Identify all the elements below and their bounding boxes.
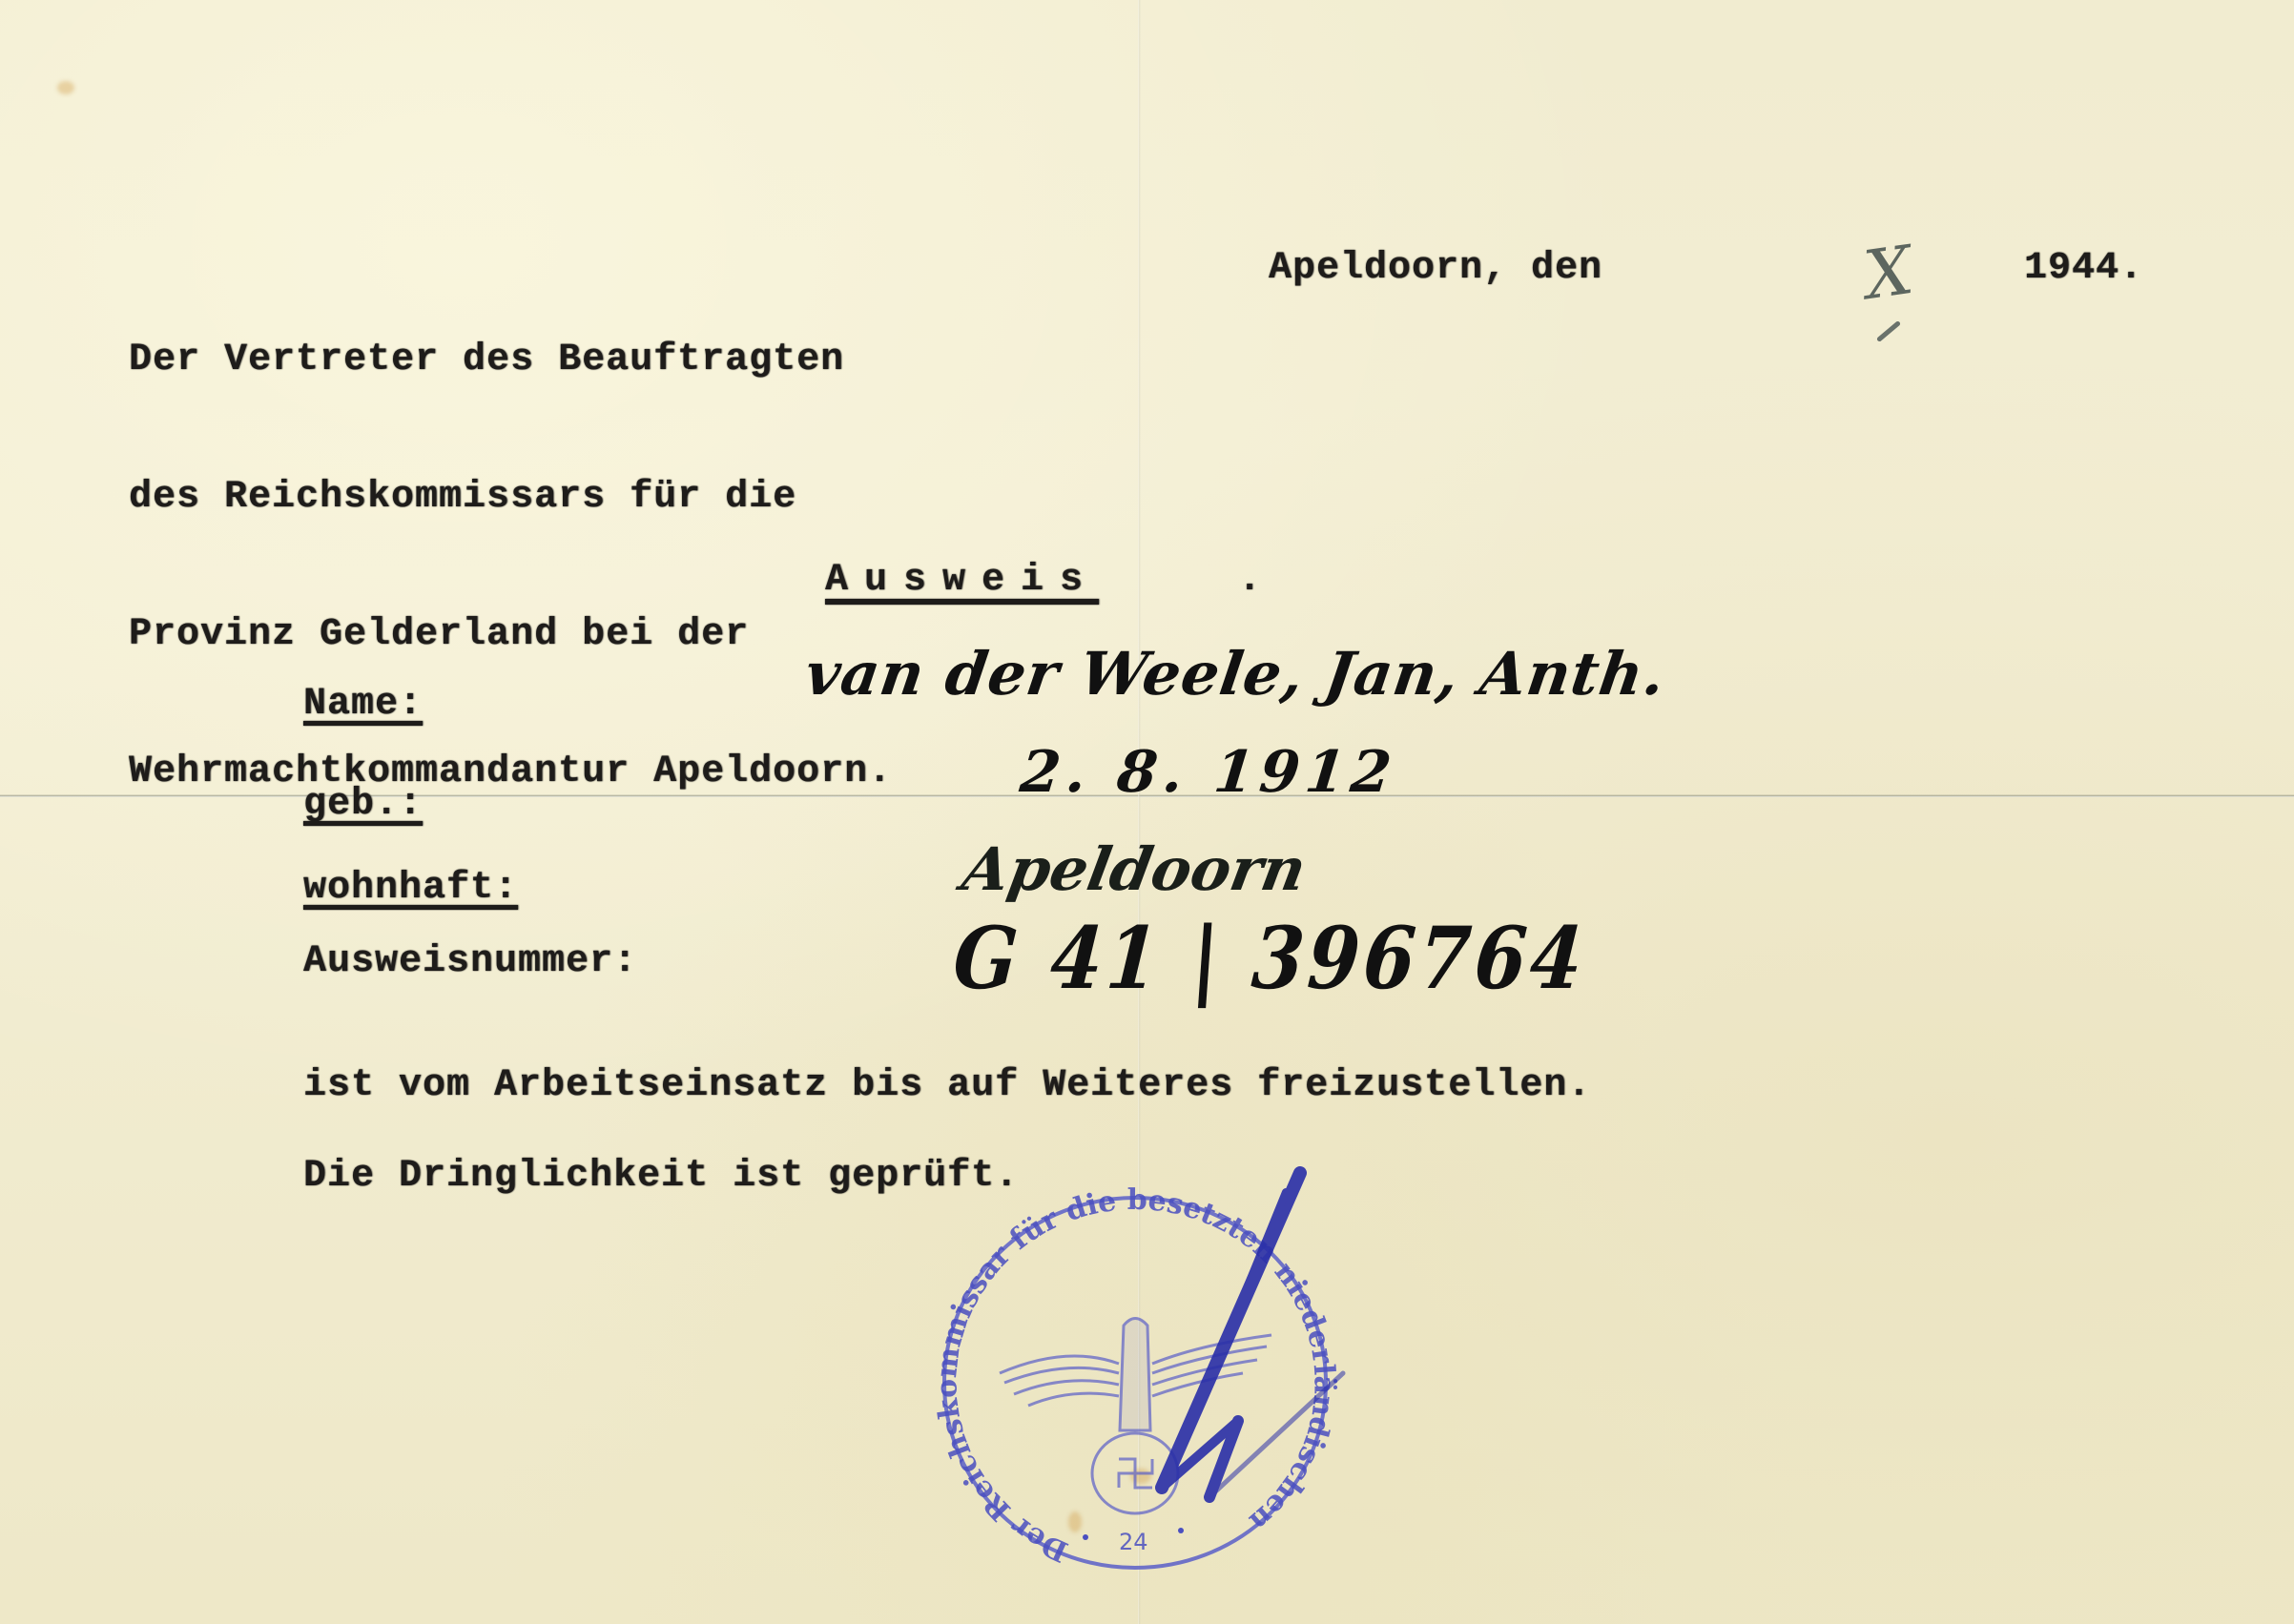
handwritten-month: X <box>1860 231 1918 315</box>
foxing-stain <box>57 81 74 94</box>
birthdate-label: geb.: <box>303 782 423 828</box>
dateline-place: Apeldoorn, den <box>1269 246 1602 292</box>
residence-label: wohnhaft: <box>303 866 518 912</box>
official-stamp: Der Reichskommissar für die besetzten ni… <box>923 1182 1348 1575</box>
residence-value: Apeldoorn <box>958 834 1312 904</box>
exemption-statement: ist vom Arbeitseinsatz bis auf Weiteres … <box>303 1063 1591 1109</box>
name-label: Name: <box>303 682 423 728</box>
sender-line: Der Vertreter des Beauftragten <box>129 338 892 383</box>
name-value: van der Weele, Jan, Anth. <box>801 639 1670 709</box>
title-period: . <box>1238 558 1262 604</box>
dateline-year: 1944. <box>2024 246 2143 292</box>
urgency-verified-statement: Die Dringlichkeit ist geprüft. <box>303 1154 1019 1200</box>
sender-line: Wehrmachtkommandantur Apeldoorn. <box>129 750 892 795</box>
sender-line: Provinz Gelderland bei der <box>129 612 892 658</box>
document-paper: Der Vertreter des Beauftragten des Reich… <box>0 0 2294 1624</box>
id-number-label: Ausweisnummer: <box>303 939 637 985</box>
birthdate-value: 2. 8. 1912 <box>1017 739 1399 806</box>
eagle-emblem-icon <box>1000 1319 1271 1514</box>
sender-line: des Reichskommissars für die <box>129 475 892 521</box>
document-title: Ausweis <box>825 558 1099 604</box>
sender-block: Der Vertreter des Beauftragten des Reich… <box>129 246 892 887</box>
stamp-graphic: Der Reichskommissar für die besetzten ni… <box>923 1182 1348 1575</box>
stamp-number: 24 <box>1119 1529 1148 1555</box>
pencil-tick <box>1876 320 1901 342</box>
id-number-value: G 41 | 396764 <box>950 909 1589 1009</box>
